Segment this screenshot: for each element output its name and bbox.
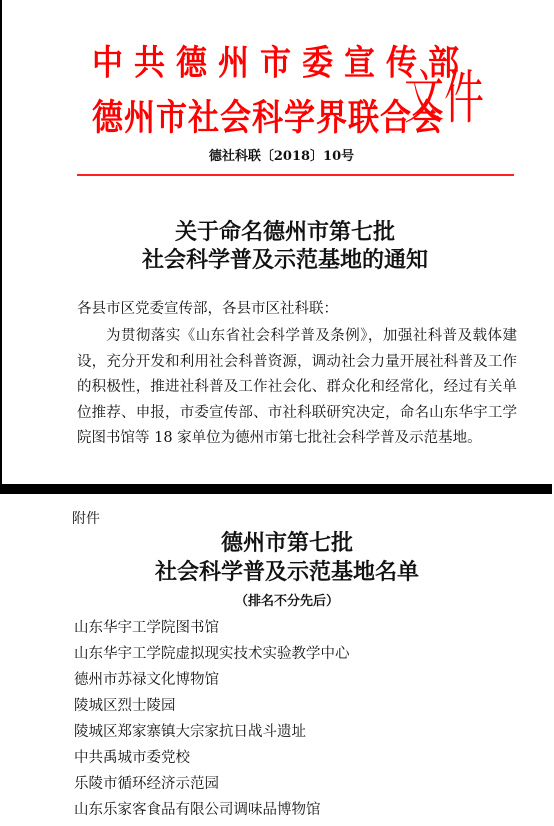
list-item: 德州市苏禄文化博物馆 bbox=[74, 667, 350, 693]
annex-title-line-2: 社会科学普及示范基地名单 bbox=[0, 558, 554, 587]
salutation: 各县市区党委宣传部，各县市区社科联： bbox=[77, 297, 517, 323]
annex-note: （排名不分先后） bbox=[0, 590, 554, 609]
list-item: 乐陵市循环经济示范园 bbox=[74, 771, 350, 797]
document-number: 德社科联〔2018〕10号 bbox=[2, 145, 554, 164]
annex-label: 附件 bbox=[72, 508, 100, 528]
list-item: 陵城区烈士陵园 bbox=[74, 693, 350, 719]
page-separator bbox=[0, 484, 552, 494]
list-item: 陵城区郑家寨镇大宗家抗日战斗遗址 bbox=[74, 719, 350, 745]
red-header-rule bbox=[77, 174, 514, 176]
issuer-line-2: 德州市社会科学界联合会 bbox=[92, 88, 444, 140]
list-item: 山东华宇工学院图书馆 bbox=[74, 615, 350, 641]
annex-title-line-1: 德州市第七批 bbox=[0, 529, 554, 558]
notice-title-line-2: 社会科学普及示范基地的通知 bbox=[2, 246, 554, 274]
annex-page: 附件 德州市第七批 社会科学普及示范基地名单 （排名不分先后） 山东华宇工学院图… bbox=[0, 494, 554, 826]
notice-body-paragraph: 为贯彻落实《山东省社会科学普及条例》，加强社科普及载体建设，充分开发和利用社会科… bbox=[77, 324, 517, 452]
list-item: 山东乐家客食品有限公司调味品博物馆 bbox=[74, 797, 350, 823]
list-item: 中共禹城市委党校 bbox=[74, 745, 350, 771]
document-type-label: 文件 bbox=[404, 52, 484, 135]
list-item: 山东华宇工学院虚拟现实技术实验教学中心 bbox=[74, 641, 350, 667]
notice-page: 中共德州市委宣传部 德州市社会科学界联合会 文件 德社科联〔2018〕10号 关… bbox=[0, 0, 554, 484]
notice-title-line-1: 关于命名德州市第七批 bbox=[2, 218, 554, 246]
site-list: 山东华宇工学院图书馆 山东华宇工学院虚拟现实技术实验教学中心 德州市苏禄文化博物… bbox=[74, 615, 350, 823]
